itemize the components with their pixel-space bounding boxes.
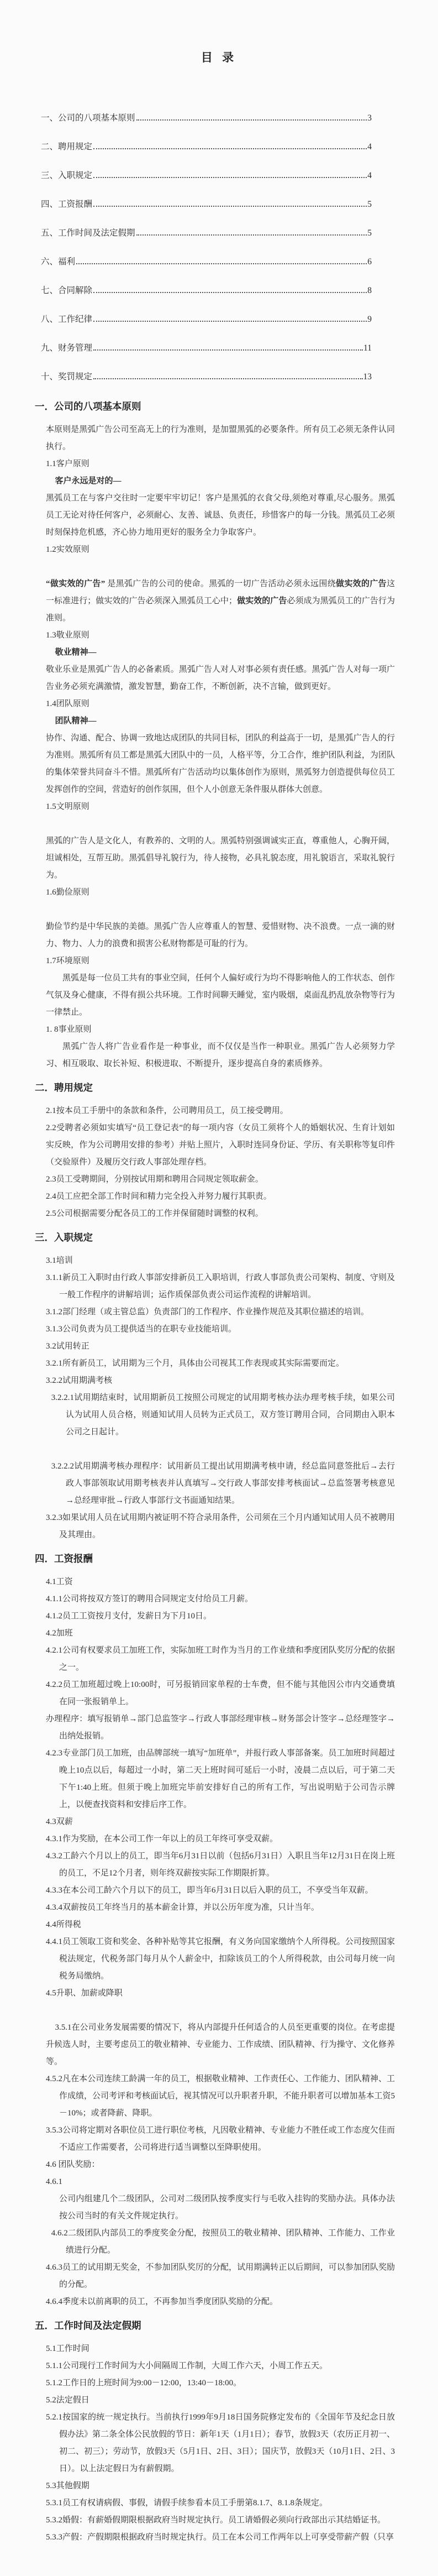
paragraph: 4.1.2员工工资按月支付，发薪日为下月10日。 — [46, 1608, 395, 1625]
section-heading: 三．入职规定 — [35, 1228, 395, 1247]
paragraph: 4.6.1 — [46, 2173, 395, 2191]
paragraph: 2.2受聘者必须如实填写“员工登记表”的每一项内容（女员工须将个人的婚姻状况、生… — [46, 1120, 395, 1171]
sub-heading: 3.2试用转正 — [46, 1338, 395, 1355]
document-page: 目 录 一、公司的八项基本原则3二、聘用规定4三、入职规定4四、工资报酬5五、工… — [0, 0, 438, 2576]
toc-item-label: 五、工作时间及法定假期 — [41, 219, 135, 248]
paragraph: 黑弧是每一位员工共有的事业空间，任何个人偏好或行为均不得影响他人的工作状态、创作… — [46, 970, 395, 1021]
toc-leader-dots — [93, 206, 367, 207]
toc-page-number: 8 — [367, 276, 372, 305]
paragraph: 3.1.1新员工入职时由行政人事部安排新员工入职培训，行政人事部负责公司架构、制… — [46, 1269, 395, 1304]
paragraph: 4.4.1员工领取工资和奖金、各种补贴等其它报酬，有义务向国家缴纳个人所得税。公… — [46, 1934, 395, 1985]
toc-item-label: 九、财务管理 — [41, 334, 92, 363]
toc-item-label: 六、福利 — [41, 248, 75, 276]
paragraph: 4.3.3在本公司工龄六个月以下的员工，即当年6月31日以后入职的员工，不享受当… — [46, 1882, 395, 1899]
paragraph: 4.3.4双薪按员工年终当月的基本薪金计算，并以公历年度为准，只计当年。 — [46, 1899, 395, 1916]
bold-run: “做实效的广告” — [46, 579, 105, 588]
sub-heading: 1.5文明原则 — [46, 798, 395, 816]
toc-page-number: 3 — [367, 104, 372, 133]
paragraph: “做实效的广告” 是黑弧广告的公司的使命。黑弧的一切广告活动必须永远围绕做实效的… — [46, 576, 395, 627]
sub-heading: 4.1工资 — [46, 1574, 395, 1591]
paragraph: 4.6.2二级团队内部员工的季度奖金分配，按照员工的敬业精神、团队精神、工作能力… — [46, 2225, 395, 2259]
toc-leader-dots — [93, 378, 362, 379]
paragraph: 3.1.2部门经理（或主管总监）负责部门的工作程序、作业操作规范及其职位描述的培… — [46, 1304, 395, 1321]
sub-heading: 5.3其他假期 — [46, 2478, 395, 2495]
toc-page-number: 9 — [367, 305, 372, 334]
section-heading: 一．公司的八项基本原则 — [35, 397, 395, 416]
toc-item-label: 七、合同解除 — [41, 276, 92, 305]
toc-page-number: 5 — [367, 190, 372, 219]
toc-title: 目 录 — [0, 49, 438, 65]
paragraph: 4.2.1公司有权要求员工加班工作，实际加班工时作为当月的工作业绩和季度团队奖厉… — [46, 1642, 395, 1676]
paragraph: 5.1.1公司现行工作时间为大小间隔周工作制，大周工作六天，小周工作五天。 — [46, 2358, 395, 2375]
toc-leader-dots — [136, 234, 367, 236]
sub-heading: 5.2法定假日 — [46, 2392, 395, 2409]
paragraph: 黑弧员工在与客户交往时一定要牢牢切记！客户是黑弧的衣食父母,须绝对尊重,尽心服务… — [46, 490, 395, 541]
sub-heading: 1.1客户原则 — [46, 456, 395, 473]
blank-line — [46, 558, 395, 576]
toc-item: 九、财务管理11 — [41, 334, 372, 363]
toc-item-label: 十、奖罚规定 — [41, 363, 92, 391]
paragraph: 4.2.3专业部门员工加班，由品牌部统一填写“加班单”，并报行政人事部备案。员工… — [46, 1745, 395, 1814]
paragraph: 2.3员工受聘期间，分别按试用期和聘用合同规定领取薪金。 — [46, 1171, 395, 1188]
toc-item: 三、入职规定4 — [41, 161, 372, 190]
paragraph: 黑弧广告人将广告业看作是一种事业，而不仅仅是当作一种职业。黑弧广告人必须努力学习… — [46, 1038, 395, 1073]
text-run: 是黑弧广告的公司的使命。黑弧的一切广告活动必须永远围绕 — [105, 579, 336, 588]
toc-item-label: 二、聘用规定 — [41, 133, 92, 161]
sub-heading: 1.7环境原则 — [46, 953, 395, 970]
toc-item-label: 四、工资报酬 — [41, 190, 92, 219]
sub-heading: 4.6 团队奖励： — [46, 2156, 395, 2173]
sub-heading: 4.5升职、加薪或降职 — [46, 1985, 395, 2002]
toc-item: 六、福利6 — [41, 248, 372, 276]
blank-line — [46, 901, 395, 918]
paragraph: 3.5.1在公司业务发展需要的情况下，将从内部提升任何适合的人员至更重要的岗位。… — [46, 2019, 395, 2071]
sub-heading: 3.1培训 — [46, 1252, 395, 1269]
toc-leader-dots — [93, 292, 367, 293]
toc-leader-dots — [136, 119, 367, 121]
paragraph: 公司内组建几个二级团队，公司对二级团队按季度实行与毛收入挂钩的奖励办法。具体办法… — [46, 2191, 395, 2225]
toc-page-number: 6 — [367, 248, 372, 276]
paragraph: 黑弧的广告人是文化人，有教养的、文明的人。黑弧特别强调诚实正直，尊重他人，心胸开… — [46, 833, 395, 884]
emphasis-line: 客户永远是对的— — [46, 473, 395, 490]
paragraph: 3.5.3公司将定期对各职位员工进行职位考核，凡因敬业精神、专业能力不胜任或工作… — [46, 2122, 395, 2156]
paragraph: 3.2.1所有新员工，试用期为三个月，具体由公司视其工作表现或其实际需要而定。 — [46, 1355, 395, 1372]
toc-page-number: 5 — [367, 219, 372, 248]
paragraph: 3.2.2.1试用期结束时，试用期新员工按照公司规定的试用期考核办法办理考核手续… — [46, 1389, 395, 1441]
paragraph: 5.3.1员工有权请病假、事假，请假手续参看本员工手册第8.1.7、8.1.8条… — [46, 2495, 395, 2512]
paragraph: 3.2.2试用期满考核 — [46, 1372, 395, 1389]
paragraph: 本原则是黑弧广告公司至高无上的行为准则，是加盟黑弧的必要条件。所有员工必须无条件… — [46, 421, 395, 456]
paragraph: 4.2.2员工加班超过晚上10:00时，可另报销回家单程的士车费，但不能与其他因… — [46, 1676, 395, 1711]
section-heading: 二．聘用规定 — [35, 1078, 395, 1097]
sub-heading: 1.4团队原则 — [46, 696, 395, 713]
paragraph: 敬业乐业是黑弧广告人的必备素质。黑弧广告人对人对事必须有责任感。黑弧广告人对每一… — [46, 661, 395, 696]
sub-heading: 1. 8事业原则 — [46, 1021, 395, 1038]
toc-leader-dots — [93, 148, 367, 149]
toc-leader-dots — [93, 321, 367, 322]
section-heading: 四．工资报酬 — [35, 1549, 395, 1568]
bold-run: 做实效的广告 — [237, 597, 287, 605]
paragraph: 协作、沟通、配合、协调一致地达成团队的共同目标，团队的利益高于一切，是黑弧广告人… — [46, 730, 395, 798]
paragraph: 2.1按本员工手册中的条款和条件，公司聘用员工，员工接受聘用。 — [46, 1102, 395, 1120]
paragraph: 办理程序：填写报销单→部门总监签字→行政人事部经理审核→财务部会计签字→总经理签… — [46, 1711, 395, 1745]
toc-item: 八、工作纪律9 — [41, 305, 372, 334]
paragraph: 4.1.1公司将按双方签订的聘用合同规定支付给员工月薪。 — [46, 1591, 395, 1608]
toc-leader-dots — [93, 177, 367, 178]
paragraph: 2.4员工应把全部工作时间和精力完全投入并努力履行其职责。 — [46, 1188, 395, 1205]
paragraph: 3.2.2.2试用期满考核办理程序：试用新员工提出试用期满考核申请，经总监同意签… — [46, 1458, 395, 1509]
sub-heading: 4.2加班 — [46, 1625, 395, 1642]
paragraph: 勤俭节约是中华民族的美德。黑弧广告人应尊重人的智慧、爱惜财物、决不浪费。一点一滴… — [46, 918, 395, 953]
paragraph: 5.1.2工作日的上班时间为9:00－12:00，13:40－18:00。 — [46, 2375, 395, 2392]
blank-line — [46, 816, 395, 833]
toc-item-label: 三、入职规定 — [41, 161, 92, 190]
paragraph: 5.3.3产假：产假期限根据政府当时规定执行。员工在本公司工作两年以上可享受带薪… — [46, 2529, 395, 2546]
sub-heading: 1.3敬业原则 — [46, 627, 395, 644]
toc-item-label: 一、公司的八项基本原则 — [41, 104, 135, 133]
toc-item: 一、公司的八项基本原则3 — [41, 104, 372, 133]
sub-heading: 1.2实效原则 — [46, 541, 395, 558]
paragraph: 4.5.2凡在本公司连续工龄满一年的员工，根据敬业精神、工作责任心、工作能力、团… — [46, 2071, 395, 2122]
table-of-contents: 一、公司的八项基本原则3二、聘用规定4三、入职规定4四、工资报酬5五、工作时间及… — [41, 104, 372, 391]
toc-leader-dots — [93, 349, 363, 351]
toc-page-number: 4 — [367, 133, 372, 161]
toc-page-number: 13 — [363, 363, 372, 391]
emphasis-line: 敬业精神— — [46, 644, 395, 661]
paragraph: 4.3.1作为奖励，在本公司工作一年以上的员工年终可享受双薪。 — [46, 1831, 395, 1848]
toc-page-number: 4 — [367, 161, 372, 190]
paragraph: 4.6.3员工的试用期无奖金，不参加团队奖厉的分配，试用期满转正以后期间，可以参… — [46, 2259, 395, 2293]
toc-leader-dots — [76, 263, 367, 264]
paragraph: 5.2.1按国家的统一规定执行。当前执行1999年9月18日国务院修定发布的《全… — [46, 2409, 395, 2478]
blank-line — [46, 1441, 395, 1458]
toc-item: 七、合同解除8 — [41, 276, 372, 305]
blank-line — [46, 2002, 395, 2019]
sub-heading: 5.1工作时间 — [46, 2340, 395, 2358]
paragraph: 2.5公司根据需要分配各员工的工作并保留随时调整的权利。 — [46, 1205, 395, 1222]
toc-item: 二、聘用规定4 — [41, 133, 372, 161]
toc-item: 五、工作时间及法定假期5 — [41, 219, 372, 248]
sub-heading: 1.6勤俭原则 — [46, 884, 395, 901]
document-body: 一．公司的八项基本原则本原则是黑弧广告公司至高无上的行为准则，是加盟黑弧的必要条… — [46, 397, 395, 2546]
toc-page-number: 11 — [363, 334, 372, 363]
toc-item: 十、奖罚规定13 — [41, 363, 372, 391]
paragraph: 4.3.2工龄六个月以上的员工，即当年6月31日以前（包括6月31日）入职且当年… — [46, 1848, 395, 1882]
sub-heading: 4.3双薪 — [46, 1814, 395, 1831]
toc-item-label: 八、工作纪律 — [41, 305, 92, 334]
emphasis-line: 团队精神— — [46, 713, 395, 730]
section-heading: 五．工作时间及法定假期 — [35, 2316, 395, 2335]
paragraph: 4.6.4季度未以前离职的员工，不再参加当季度团队奖励的分配。 — [46, 2293, 395, 2311]
toc-item: 四、工资报酬5 — [41, 190, 372, 219]
paragraph: 3.1.3公司负责为员工提供适当的在职专业技能培训。 — [46, 1321, 395, 1338]
bold-run: 做实效的广告 — [336, 579, 387, 588]
sub-heading: 4.4所得税 — [46, 1916, 395, 1934]
paragraph: 5.3.2婚假：有薪婚假期限根据政府当时规定执行。员工请婚假必须向行政部出示其结… — [46, 2512, 395, 2529]
paragraph: 3.2.3如果试用人员在试用期内被证明不符合录用条件，公司须在三个月内通知试用人… — [46, 1509, 395, 1544]
